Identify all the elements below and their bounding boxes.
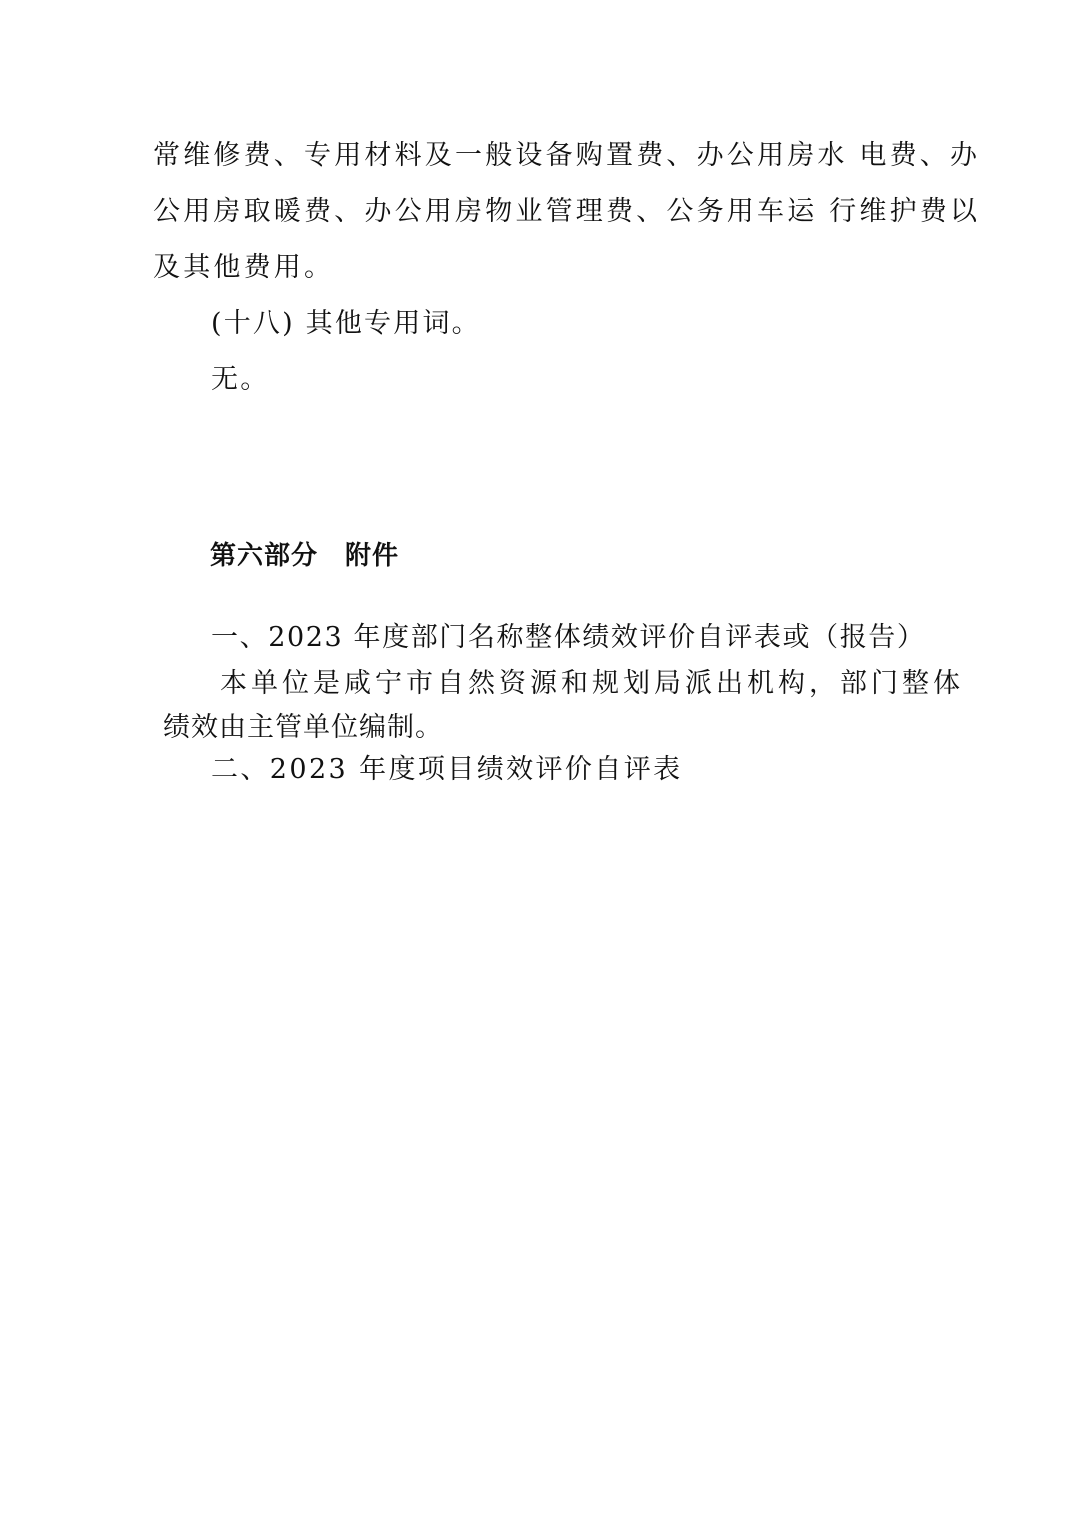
item-18-body: 无。 [211, 364, 269, 396]
attachment-item-1-title: 一、2023 年度部门名称整体绩效评价自评表或（报告） [211, 622, 926, 654]
section-title: 第六部分 附件 [210, 540, 399, 572]
expenses-paragraph-line-2: 公用房取暖费、办公用房物业管理费、公务用车运 行维护费以 [153, 196, 980, 228]
attachment-item-1-note-line-2: 绩效由主管单位编制。 [163, 712, 443, 744]
attachment-item-1-note-line-1: 本单位是咸宁市自然资源和规划局派出机构，部门整体 [220, 668, 964, 700]
attachment-item-2-title: 二、2023 年度项目绩效评价自评表 [211, 754, 683, 786]
item-18-heading: (十八) 其他专用词。 [211, 308, 481, 340]
expenses-paragraph-line-1: 常维修费、专用材料及一般设备购置费、办公用房水 电费、办 [153, 140, 980, 172]
expenses-paragraph-line-3: 及其他费用。 [153, 252, 334, 284]
